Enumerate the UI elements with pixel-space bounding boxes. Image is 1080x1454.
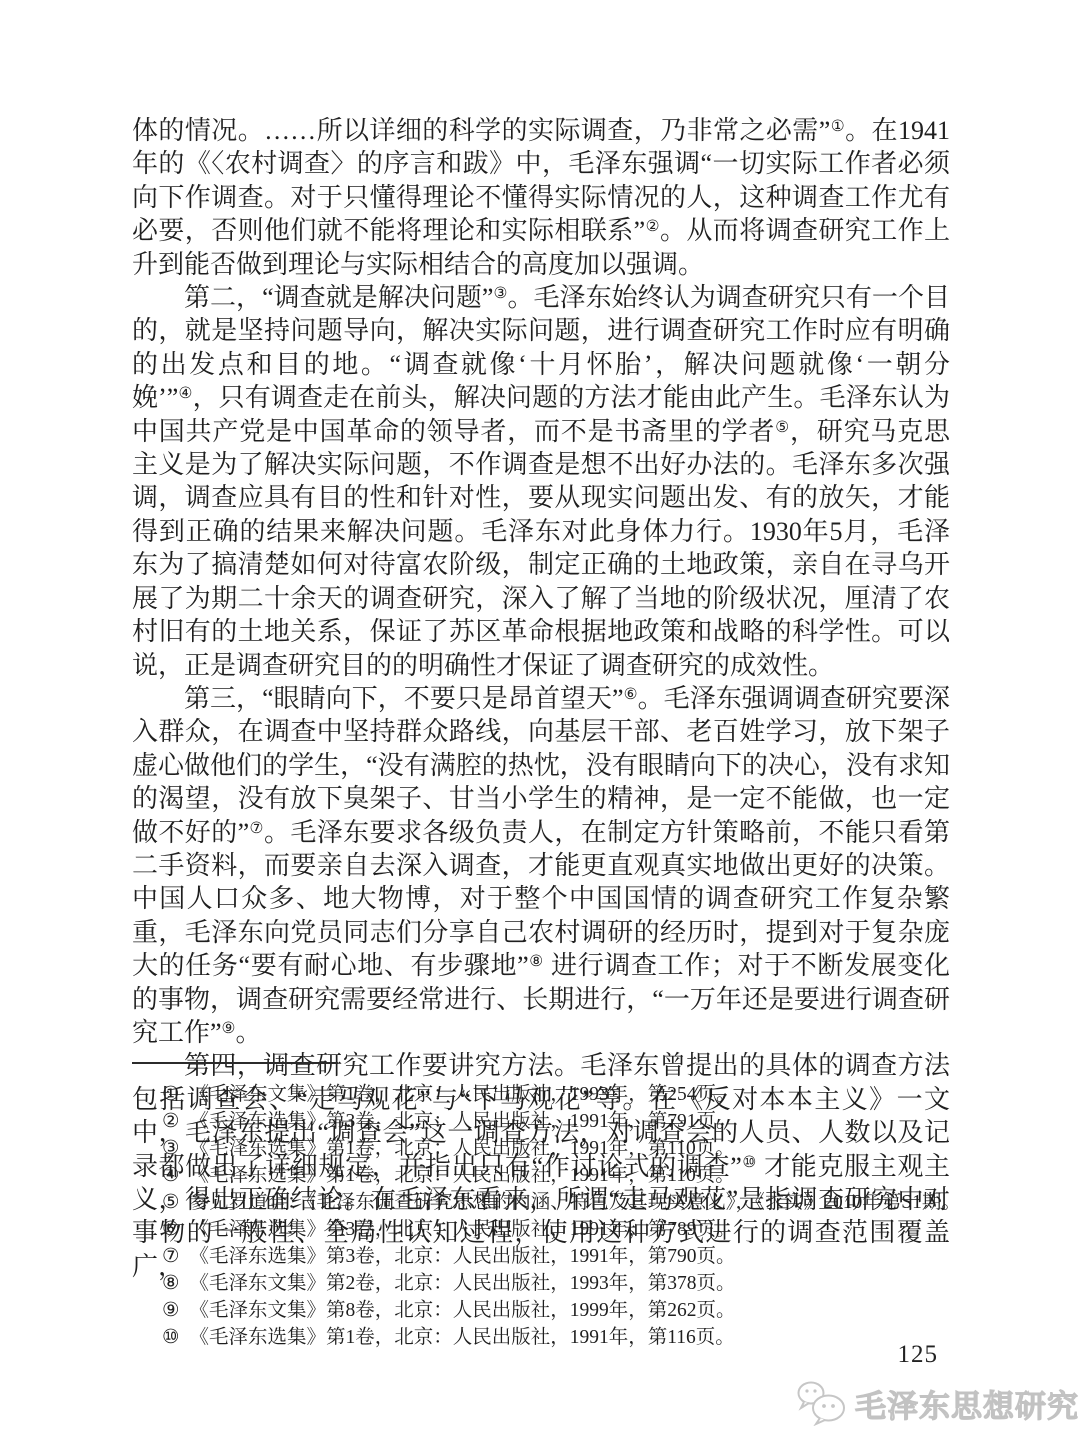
footnote-ref: ⑧ (529, 953, 544, 970)
footnote-text: 《毛泽东选集》第1卷，北京：人民出版社，1991年，第110页。 (189, 1138, 734, 1159)
footnote-text: 《毛泽东选集》第3卷，北京：人民出版社，1991年，第791页。 (189, 1111, 735, 1132)
footnote-ref: ① (830, 118, 845, 135)
footnote-ref: ⑥ (624, 686, 638, 703)
footnote-text: 参见罗道全：《毛泽东调查研究思想的内涵、特色及其现实意义》，《求实》2010年第… (189, 1192, 960, 1213)
footnote-item: ②《毛泽东选集》第3卷，北京：人民出版社，1991年，第791页。 (162, 1108, 954, 1135)
footnote-item: ⑤参见罗道全：《毛泽东调查研究思想的内涵、特色及其现实意义》，《求实》2010年… (162, 1189, 954, 1216)
footnote-item: ⑧《毛泽东文集》第2卷，北京：人民出版社，1993年，第378页。 (162, 1270, 954, 1297)
footnote-item: ④《毛泽东选集》第1卷，北京：人民出版社，1991年，第110页。 (162, 1162, 954, 1189)
footnote-text: 《毛泽东文集》第8卷，北京：人民出版社，1999年，第262页。 (189, 1300, 735, 1321)
footnote-item: ⑦《毛泽东选集》第3卷，北京：人民出版社，1991年，第790页。 (162, 1243, 954, 1270)
footnote-item: ③《毛泽东选集》第1卷，北京：人民出版社，1991年，第110页。 (162, 1135, 954, 1162)
footnote-item: ①《毛泽东文集》第1卷，北京：人民出版社，1993年，第254页。 (162, 1081, 954, 1108)
footnote-item: ⑨《毛泽东文集》第8卷，北京：人民出版社，1999年，第262页。 (162, 1297, 954, 1324)
paragraph: 体的情况。……所以详细的科学的实际调查，乃非常之必需”①。在1941年的《〈农村… (132, 114, 950, 281)
footnote-item: ⑥《毛泽东选集》第3卷，北京：人民出版社，1991年，第789页。 (162, 1216, 954, 1243)
watermark: 毛泽东思想研究 (796, 1380, 1079, 1426)
footnote-ref: ④ (178, 385, 192, 402)
footnote-marker: ⑧ (162, 1273, 179, 1294)
footnote-marker: ① (162, 1084, 179, 1105)
page: 体的情况。……所以详细的科学的实际调查，乃非常之必需”①。在1941年的《〈农村… (0, 0, 1080, 1454)
footnote-marker: ⑥ (162, 1219, 179, 1240)
footnote-ref: ⑨ (222, 1020, 236, 1037)
footnote-ref: ⑤ (775, 419, 790, 436)
page-number: 125 (132, 1341, 938, 1369)
footnote-text: 《毛泽东选集》第3卷，北京：人民出版社，1991年，第790页。 (189, 1246, 735, 1267)
footnotes-section: ①《毛泽东文集》第1卷，北京：人民出版社，1993年，第254页。②《毛泽东选集… (162, 1081, 954, 1351)
footnote-text: 《毛泽东文集》第2卷，北京：人民出版社，1993年，第378页。 (189, 1273, 735, 1294)
footnote-marker: ③ (162, 1138, 179, 1159)
paragraph: 第二，“调查就是解决问题”③。毛泽东始终认为调查研究只有一个目的，就是坚持问题导… (132, 281, 950, 682)
paragraph: 第三，“眼睛向下，不要只是昂首望天”⑥。毛泽东强调调查研究要深入群众，在调查中坚… (132, 682, 950, 1049)
footnote-text: 《毛泽东文集》第1卷，北京：人民出版社，1993年，第254页。 (189, 1084, 735, 1105)
footnote-ref: ⑦ (249, 820, 264, 837)
watermark-text: 毛泽东思想研究 (855, 1381, 1079, 1426)
footnote-text: 《毛泽东选集》第3卷，北京：人民出版社，1991年，第789页。 (189, 1219, 735, 1240)
footnote-marker: ② (162, 1111, 179, 1132)
footnote-separator (132, 1062, 338, 1064)
footnote-marker: ④ (162, 1165, 179, 1186)
footnote-ref: ③ (493, 285, 507, 302)
wechat-icon (796, 1380, 848, 1426)
footnote-ref: ② (645, 218, 660, 235)
footnote-marker: ⑨ (162, 1300, 179, 1321)
footnote-marker: ⑦ (162, 1246, 179, 1267)
footnote-marker: ⑤ (162, 1192, 179, 1213)
footnote-text: 《毛泽东选集》第1卷，北京：人民出版社，1991年，第110页。 (189, 1165, 734, 1186)
